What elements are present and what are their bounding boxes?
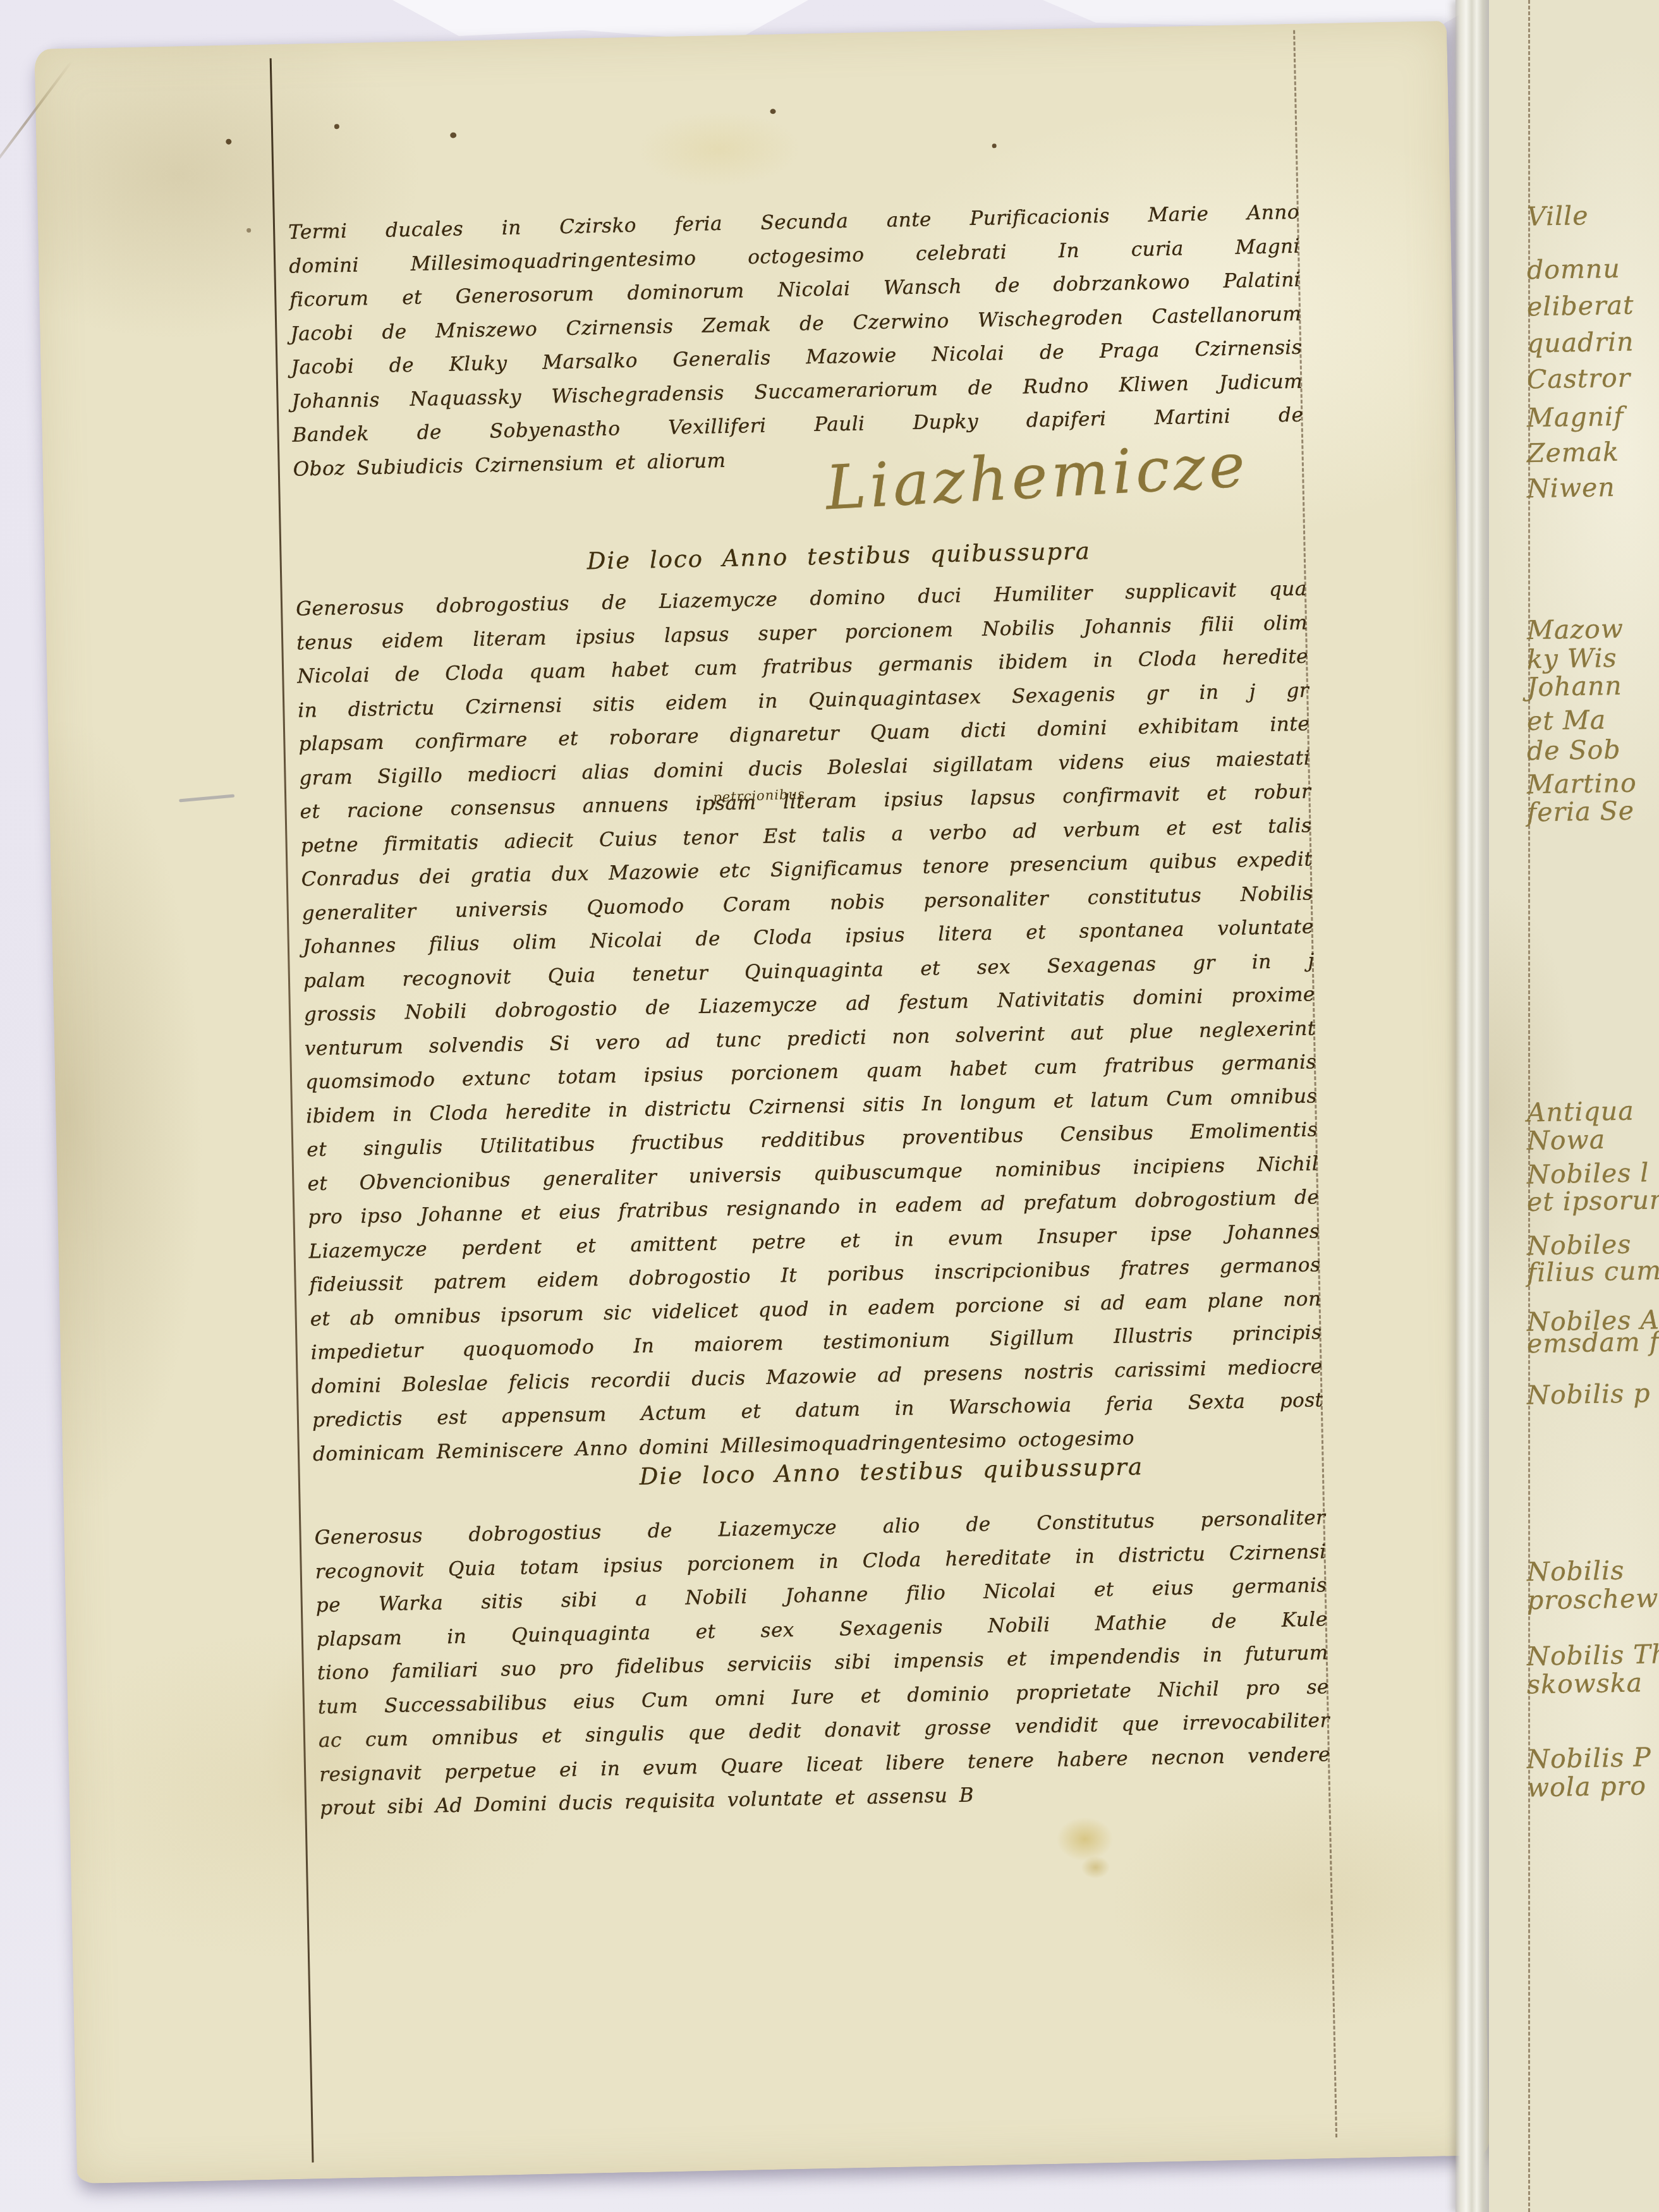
section-heading-1: Die loco Anno testibus quibussupra: [586, 537, 1091, 574]
paragraph-record-confirmation: Generosus dobrogostius de Liazemycze dom…: [296, 573, 1325, 1472]
marginal-entry: Nobilis Th: [1527, 1639, 1659, 1672]
facing-page-sliver: VilledomnueliberatquadrinCastrorMagnifZe…: [1489, 0, 1659, 2212]
ink-blot: [770, 109, 775, 114]
marginal-entry: Mazow: [1527, 614, 1624, 646]
marginal-entry: quadrin: [1527, 327, 1634, 359]
stain: [636, 109, 802, 188]
marginal-entry: Nowa: [1527, 1124, 1606, 1156]
marginal-entry: Nobilis p: [1527, 1378, 1651, 1410]
marginal-entry: et ipsorum: [1527, 1184, 1659, 1217]
ink-blot: [334, 124, 339, 129]
marginal-entry: emsdam filii: [1527, 1326, 1659, 1359]
manuscript-scan: Termi ducales in Czirsko feria Secunda a…: [0, 0, 1659, 2212]
marginal-entry: feria Se: [1527, 796, 1635, 828]
manuscript-page: Termi ducales in Czirsko feria Secunda a…: [34, 21, 1489, 2184]
marginal-entry: eliberat: [1527, 290, 1634, 322]
ink-blot: [992, 143, 997, 148]
marginal-entry: domnu: [1527, 253, 1620, 286]
stain: [1056, 1816, 1114, 1862]
marginal-entry: Nobilis: [1527, 1555, 1625, 1588]
marginal-entry: Nobilis P: [1527, 1742, 1652, 1774]
marginal-entry: Castror: [1527, 363, 1631, 395]
glass-rod: [1455, 0, 1491, 2212]
marginal-entry: Magnif: [1527, 401, 1624, 434]
marginal-entry: Niwen: [1527, 472, 1616, 504]
pencil-mark: [179, 794, 234, 803]
marginal-entry: Zemak: [1527, 437, 1620, 469]
marginal-entry: ky Wis: [1527, 643, 1617, 674]
ink-blot: [450, 132, 456, 138]
marginal-entry: Ville: [1527, 200, 1589, 232]
marginal-entry: filius cum: [1527, 1255, 1659, 1288]
marginal-entry: de Sob: [1527, 734, 1621, 767]
marginal-entry: wola pro: [1527, 1770, 1647, 1802]
marginal-entry: Antiqua: [1527, 1096, 1635, 1128]
corner-crease: [0, 60, 73, 188]
marginal-entry: et Ma: [1527, 705, 1607, 736]
marginal-entry: skowska: [1527, 1667, 1643, 1699]
marginal-entry: Johann: [1527, 671, 1623, 703]
paragraph-record-resignation: Generosus dobrogostius de Liazemycze ali…: [314, 1501, 1331, 1826]
marginal-entry: proschewski: [1527, 1583, 1659, 1616]
ink-blot: [246, 228, 251, 233]
stain: [1081, 1856, 1110, 1879]
ink-blot: [226, 139, 231, 145]
marginal-entry: Martino: [1527, 767, 1638, 799]
